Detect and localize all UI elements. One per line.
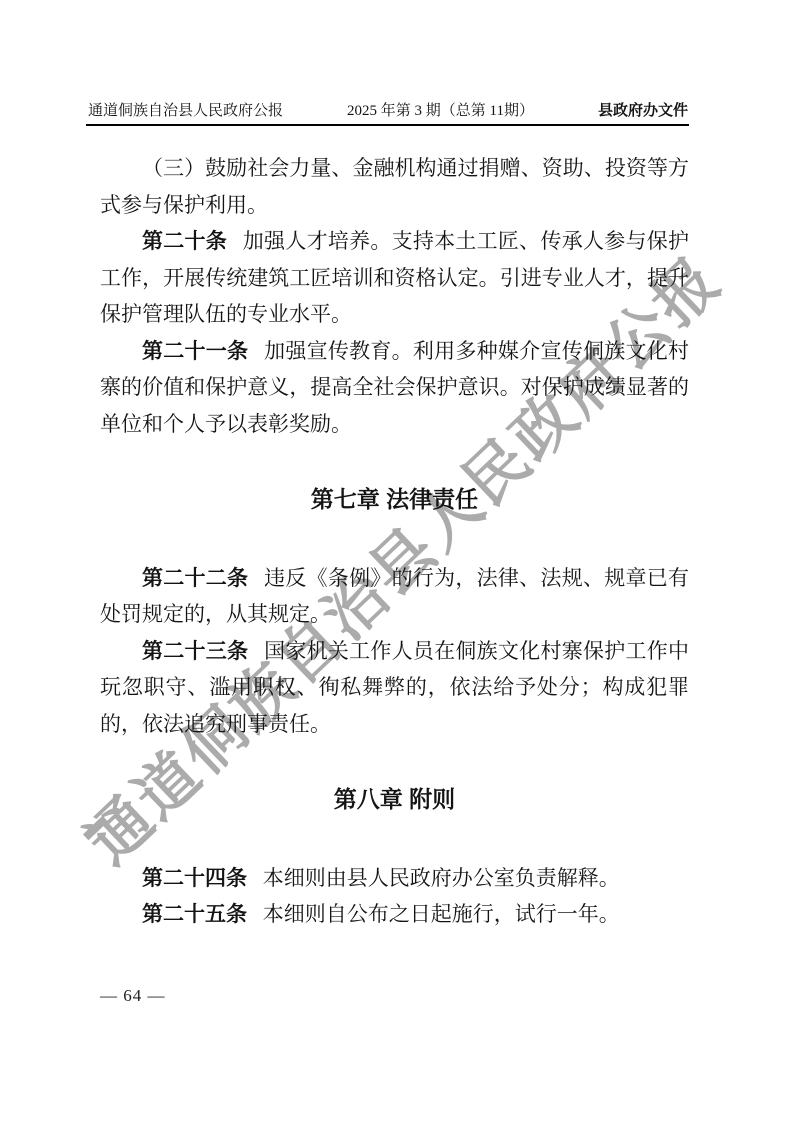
- header-doc-category: 县政府办文件: [598, 99, 688, 120]
- article-number: 第二十三条: [142, 639, 248, 663]
- header-divider: [86, 124, 689, 126]
- body-paragraph: 第二十一条加强宣传教育。利用多种媒介宣传侗族文化村寨的价值和保护意义，提高全社会…: [100, 333, 689, 443]
- body-paragraph: 第二十条加强人才培养。支持本土工匠、传承人参与保护工作，开展传统建筑工匠培训和资…: [100, 223, 689, 333]
- article-text: （三）鼓励社会力量、金融机构通过捐赠、资助、投资等方式参与保护利用。: [100, 156, 689, 217]
- header-publication-title: 通道侗族自治县人民政府公报: [88, 99, 283, 120]
- article-text: 本细则自公布之日起施行，试行一年。: [263, 902, 620, 926]
- body-paragraph: （三）鼓励社会力量、金融机构通过捐赠、资助、投资等方式参与保护利用。: [100, 150, 689, 223]
- article-number: 第二十二条: [142, 566, 248, 590]
- page-footer: — 64 —: [100, 986, 166, 1006]
- body-paragraph: 第二十二条违反《条例》的行为，法律、法规、规章已有处罚规定的，从其规定。: [100, 560, 689, 633]
- document-body: （三）鼓励社会力量、金融机构通过捐赠、资助、投资等方式参与保护利用。第二十条加强…: [100, 150, 689, 933]
- article-number: 第二十条: [142, 229, 227, 253]
- article-text: 本细则由县人民政府办公室负责解释。: [263, 866, 620, 890]
- article-number: 第二十四条: [142, 866, 247, 890]
- page-number: — 64 —: [100, 986, 166, 1005]
- chapter-heading: 第七章 法律责任: [100, 481, 689, 518]
- chapter-heading: 第八章 附则: [100, 781, 689, 818]
- body-paragraph: 第二十四条本细则由县人民政府办公室负责解释。: [100, 860, 689, 897]
- document-page: 通道侗族自治县人民政府公报 通道侗族自治县人民政府公报 2025 年第 3 期（…: [0, 0, 793, 1122]
- article-number: 第二十五条: [142, 902, 247, 926]
- body-paragraph: 第二十三条国家机关工作人员在侗族文化村寨保护工作中玩忽职守、滥用职权、徇私舞弊的…: [100, 633, 689, 743]
- page-header: 通道侗族自治县人民政府公报 2025 年第 3 期（总第 11期） 县政府办文件: [88, 99, 688, 120]
- body-paragraph: 第二十五条本细则自公布之日起施行，试行一年。: [100, 896, 689, 933]
- article-number: 第二十一条: [142, 339, 248, 363]
- header-issue-info: 2025 年第 3 期（总第 11期）: [347, 99, 534, 120]
